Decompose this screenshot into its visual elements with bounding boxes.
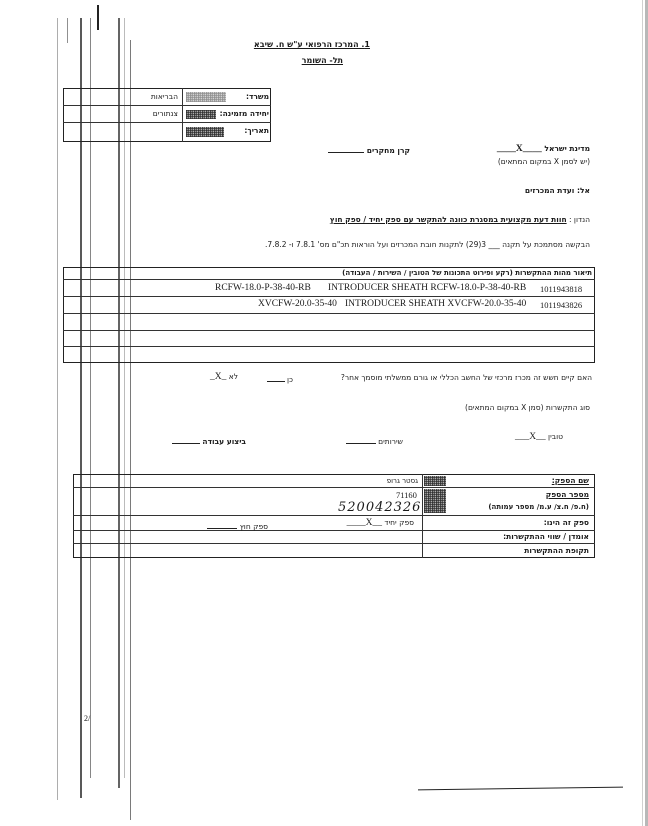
answer-yes: כן: [267, 373, 293, 384]
catalog-number: 1011943826: [540, 300, 582, 310]
addressee: אל: ועדת המכרזים: [525, 186, 590, 195]
item-model: RCFW-18.0-P-38-40-RB: [215, 283, 311, 293]
option-services: שירותים: [346, 435, 403, 446]
state-mark: ____X____: [497, 144, 542, 154]
option-goods: טובין __X___: [515, 432, 563, 442]
redacted-field: [186, 92, 226, 102]
redacted-field: [424, 476, 446, 486]
item-model: XVCFW-20.0-35-40: [258, 299, 337, 309]
answer-no: לא _X_: [210, 372, 238, 382]
foreign-supplier-label: ספק חוץ: [240, 522, 268, 531]
item-description: INTRODUCER SHEATH RCFW-18.0-P-38-40-RB: [328, 283, 526, 293]
foreign-supplier-option: ספק חוץ: [207, 520, 268, 531]
supplier-name-value: גסטר גרופ: [387, 477, 418, 485]
yes-mark: [267, 373, 285, 382]
item-description: INTRODUCER SHEATH XVCFW-20.0-35-40: [345, 299, 526, 309]
handwritten-company-id: 520042326: [338, 500, 421, 515]
redacted-field: [186, 110, 216, 119]
no-mark: _X_: [210, 372, 226, 382]
research-fund-label: קרן מחקרים: [367, 146, 410, 155]
funding-research: קרן מחקרים: [328, 144, 410, 155]
page-mark: 2/: [84, 714, 90, 723]
supplier-type-label: ספק זה הינו:: [544, 518, 589, 527]
yes-label: כן: [287, 375, 293, 384]
single-supplier-label: ספק יחיד: [384, 518, 414, 527]
goods-mark: __X___: [515, 432, 546, 442]
redacted-field: [186, 127, 224, 137]
single-supplier-option: ספק יחיד __X____: [347, 518, 414, 528]
subject-prefix: הנדון :: [569, 215, 590, 224]
unit-label: יחידה מזמינה:: [220, 109, 269, 118]
items-table: [63, 267, 595, 363]
value-label: אומדן / שווי ההתקשרות:: [503, 532, 589, 541]
supplier-name-label: שם הספק:: [552, 476, 589, 485]
no-label: לא: [229, 372, 238, 381]
signature-line: [418, 787, 623, 791]
single-supplier-mark: __X____: [347, 518, 382, 528]
engagement-type-label: סוג התקשרות (סמן X במקום המתאים): [465, 403, 590, 412]
subject: הנדון : חוות דעת מקצועית במסגרת כוונה לה…: [330, 215, 590, 224]
redacted-field: [424, 489, 446, 513]
funding-note: (יש לסמן X במקום המתאים): [498, 157, 590, 166]
central-tender-question: האם קיים חשש זה מכרז מרכזי של החשב הכללי…: [341, 373, 592, 382]
supplier-number-sublabel: (ח.פ/ ח.צ/ ע.מ/ מספר עמותה): [488, 503, 589, 511]
office-label: משרד:: [246, 92, 269, 101]
services-mark: [346, 435, 376, 444]
period-label: תקופת ההתקשרות: [524, 546, 589, 555]
supplier-number-label: מספר הספק: [546, 490, 589, 499]
date-label: תאריך:: [244, 126, 269, 135]
work-mark: [172, 435, 200, 444]
funding-state: מדינת ישראל ____X____: [497, 144, 590, 154]
hospital-city: תל- השומר: [302, 56, 343, 65]
office-value: הבריאות: [151, 92, 178, 101]
unit-value: צנתורים: [153, 109, 178, 118]
catalog-number: 1011943818: [540, 284, 582, 294]
supplier-number-value: 71160: [396, 490, 417, 500]
services-label: שירותים: [378, 437, 403, 446]
goods-label: טובין: [548, 432, 563, 441]
hospital-name: 1. המרכז הרפואי ע"ש ח. שיבא: [254, 40, 370, 49]
research-fund-mark: [328, 144, 364, 153]
state-label: מדינת ישראל: [544, 144, 590, 153]
foreign-supplier-mark: [207, 520, 237, 529]
work-label: ביצוע עבודה: [202, 437, 246, 446]
request-line: הבקשה מסתמכת על תקנה ___ 3(29) לתקנות חו…: [265, 240, 590, 249]
option-work: ביצוע עבודה: [172, 435, 246, 446]
items-table-header: תיאור מהות ההתקשרות (רקע ופירוט התכונות …: [342, 269, 592, 277]
subject-text: חוות דעת מקצועית במסגרת כוונה להתקשר עם …: [330, 215, 567, 224]
